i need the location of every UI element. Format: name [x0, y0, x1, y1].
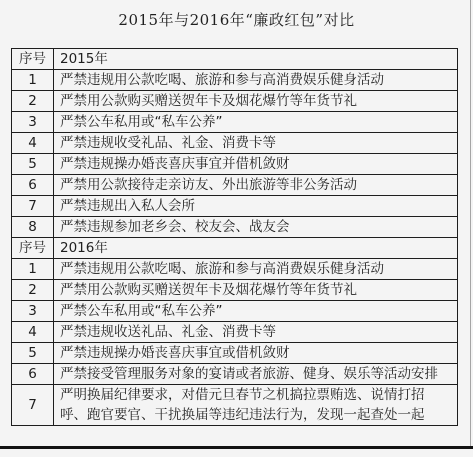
- serial-cell: 6: [12, 175, 54, 196]
- serial-cell: 1: [12, 70, 54, 91]
- table-row: 6严禁用公款接待走亲访友、外出旅游等非公务活动: [12, 175, 458, 196]
- rule-text-cell: 严禁违规收受礼品、礼金、消费卡等: [54, 133, 458, 154]
- serial-header-cell: 序号: [12, 238, 54, 259]
- table-row: 2严禁用公款购买赠送贺年卡及烟花爆竹等年货节礼: [12, 280, 458, 301]
- serial-cell: 3: [12, 112, 54, 133]
- bottom-frame-line: [0, 446, 473, 449]
- serial-cell: 7: [12, 196, 54, 217]
- rule-text-cell: 严禁违规参加老乡会、校友会、战友会: [54, 217, 458, 238]
- rule-text-cell: 严明换届纪律要求，对借元旦春节之机搞拉票贿选、说情打招呼、跑官要官、干扰换届等违…: [54, 385, 458, 426]
- table-row: 1严禁违规用公款吃喝、旅游和参与高消费娱乐健身活动: [12, 259, 458, 280]
- table-row: 7严禁违规出入私人会所: [12, 196, 458, 217]
- rule-text-cell: 严禁接受管理服务对象的宴请或者旅游、健身、娱乐等活动安排: [54, 364, 458, 385]
- serial-cell: 8: [12, 217, 54, 238]
- serial-cell: 4: [12, 322, 54, 343]
- serial-cell: 5: [12, 343, 54, 364]
- table-row: 4严禁违规收送礼品、礼金、消费卡等: [12, 322, 458, 343]
- serial-cell: 2: [12, 280, 54, 301]
- section-header-row: 序号2015年: [12, 49, 458, 70]
- table-row: 4严禁违规收受礼品、礼金、消费卡等: [12, 133, 458, 154]
- rule-text-cell: 严禁违规用公款吃喝、旅游和参与高消费娱乐健身活动: [54, 259, 458, 280]
- serial-cell: 5: [12, 154, 54, 175]
- serial-cell: 2: [12, 91, 54, 112]
- serial-cell: 3: [12, 301, 54, 322]
- rule-text-cell: 严禁用公款购买赠送贺年卡及烟花爆竹等年货节礼: [54, 280, 458, 301]
- table-row: 8严禁违规参加老乡会、校友会、战友会: [12, 217, 458, 238]
- page-title: 2015年与2016年“廉政红包”对比: [0, 9, 473, 30]
- table-row: 1严禁违规用公款吃喝、旅游和参与高消费娱乐健身活动: [12, 70, 458, 91]
- rule-text-cell: 严禁违规出入私人会所: [54, 196, 458, 217]
- serial-cell: 7: [12, 385, 54, 426]
- comparison-table: 序号2015年1严禁违规用公款吃喝、旅游和参与高消费娱乐健身活动2严禁用公款购买…: [11, 48, 458, 426]
- serial-cell: 1: [12, 259, 54, 280]
- table-row: 6严禁接受管理服务对象的宴请或者旅游、健身、娱乐等活动安排: [12, 364, 458, 385]
- table-row: 5严禁违规操办婚丧喜庆事宜或借机敛财: [12, 343, 458, 364]
- year-header-cell: 2015年: [54, 49, 458, 70]
- rule-text-cell: 严禁违规操办婚丧喜庆事宜或借机敛财: [54, 343, 458, 364]
- table-row: 5严禁违规操办婚丧喜庆事宜并借机敛财: [12, 154, 458, 175]
- comparison-table-body: 序号2015年1严禁违规用公款吃喝、旅游和参与高消费娱乐健身活动2严禁用公款购买…: [12, 49, 458, 426]
- rule-text-cell: 严禁用公款接待走亲访友、外出旅游等非公务活动: [54, 175, 458, 196]
- section-header-row: 序号2016年: [12, 238, 458, 259]
- serial-header-cell: 序号: [12, 49, 54, 70]
- rule-text-cell: 严禁公车私用或“私车公养”: [54, 112, 458, 133]
- year-header-cell: 2016年: [54, 238, 458, 259]
- rule-text-cell: 严禁违规用公款吃喝、旅游和参与高消费娱乐健身活动: [54, 70, 458, 91]
- serial-cell: 4: [12, 133, 54, 154]
- table-row: 3严禁公车私用或“私车公养”: [12, 112, 458, 133]
- rule-text-cell: 严禁用公款购买赠送贺年卡及烟花爆竹等年货节礼: [54, 91, 458, 112]
- table-row: 3严禁公车私用或“私车公养”: [12, 301, 458, 322]
- rule-text-cell: 严禁公车私用或“私车公养”: [54, 301, 458, 322]
- rule-text-cell: 严禁违规收送礼品、礼金、消费卡等: [54, 322, 458, 343]
- rule-text-cell: 严禁违规操办婚丧喜庆事宜并借机敛财: [54, 154, 458, 175]
- table-row: 7严明换届纪律要求，对借元旦春节之机搞拉票贿选、说情打招呼、跑官要官、干扰换届等…: [12, 385, 458, 426]
- table-row: 2严禁用公款购买赠送贺年卡及烟花爆竹等年货节礼: [12, 91, 458, 112]
- right-edge-line: [470, 0, 471, 447]
- serial-cell: 6: [12, 364, 54, 385]
